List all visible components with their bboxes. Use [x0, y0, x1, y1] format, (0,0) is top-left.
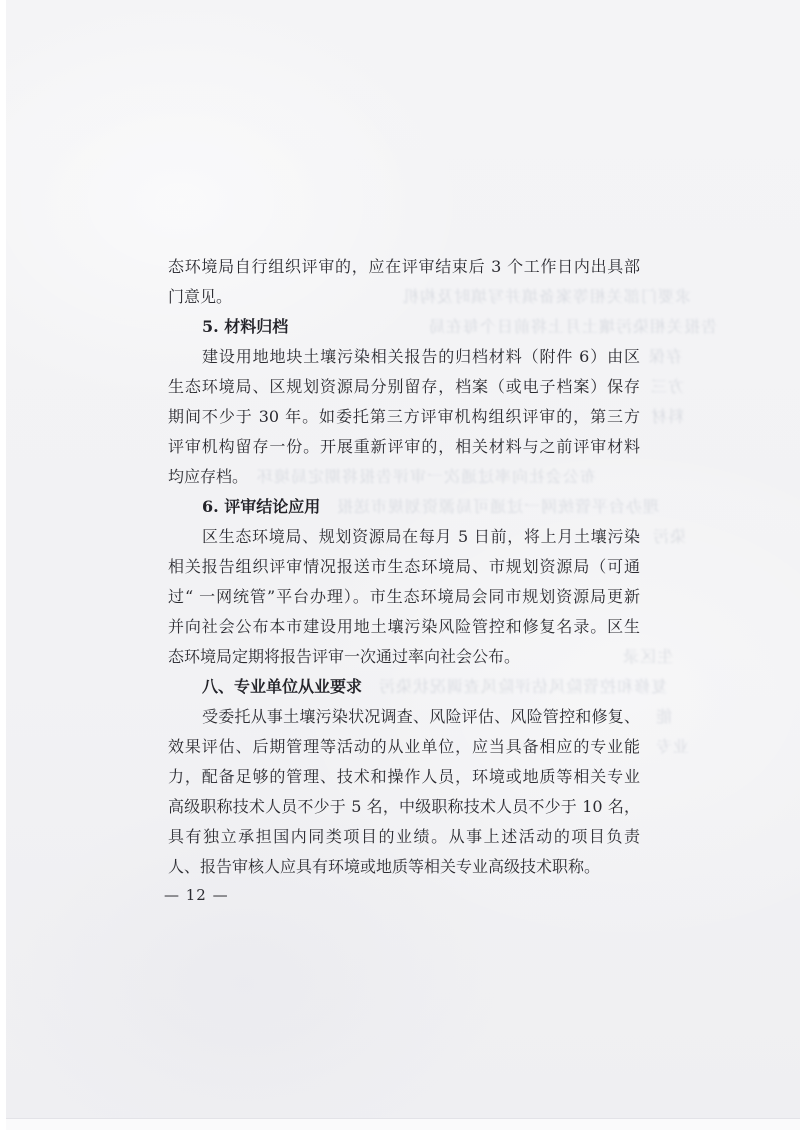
- section-heading-6: 6. 评审结论应用: [168, 492, 640, 522]
- text-line: 过“ 一网统管”平台办理）。市生态环境局会同市规划资源局更新: [168, 582, 640, 612]
- page-number: — 12 —: [164, 882, 229, 908]
- text-line: 人、报告审核人应具有环境或地质等相关专业高级技术职称。: [168, 852, 640, 882]
- text-line: 具有独立承担国内同类项目的业绩。从事上述活动的项目负责: [168, 822, 640, 852]
- scan-edge-left: [0, 0, 6, 1130]
- text-line: 均应存档。: [168, 462, 640, 492]
- text-line: 门意见。: [168, 282, 640, 312]
- scan-edge-bottom: [6, 1118, 800, 1130]
- text-line: 态环境局自行组织评审的，应在评审结束后 3 个工作日内出具部: [168, 252, 640, 282]
- text-line: 效果评估、后期管理等活动的从业单位，应当具备相应的专业能: [168, 732, 640, 762]
- text-line: 受委托从事土壤污染状况调查、风险评估、风险管控和修复、: [168, 702, 640, 732]
- section-heading-5: 5. 材料归档: [168, 312, 640, 342]
- text-line: 并向社会公布本市建设用地土壤污染风险管控和修复名录。区生: [168, 612, 640, 642]
- text-line: 建设用地地块土壤污染相关报告的归档材料（附件 6）由区: [168, 342, 640, 372]
- text-line: 相关报告组织评审情况报送市生态环境局、市规划资源局（可通: [168, 552, 640, 582]
- text-line: 力，配备足够的管理、技术和操作人员，环境或地质等相关专业: [168, 762, 640, 792]
- text-line: 期间不少于 30 年。如委托第三方评审机构组织评审的，第三方: [168, 402, 640, 432]
- text-line: 高级职称技术人员不少于 5 名，中级职称技术人员不少于 10 名，: [168, 792, 640, 822]
- text-line: 生态环境局、区规划资源局分别留存，档案（或电子档案）保存: [168, 372, 640, 402]
- text-line: 态环境局定期将报告评审一次通过率向社会公布。: [168, 642, 640, 672]
- document-text-block: 态环境局自行组织评审的，应在评审结束后 3 个工作日内出具部门意见。5. 材料归…: [168, 252, 640, 882]
- text-line: 评审机构留存一份。开展重新评审的，相关材料与之前评审材料: [168, 432, 640, 462]
- section-heading-8: 八、专业单位从业要求: [168, 672, 640, 702]
- text-line: 区生态环境局、规划资源局在每月 5 日前，将上月土壤污染: [168, 522, 640, 552]
